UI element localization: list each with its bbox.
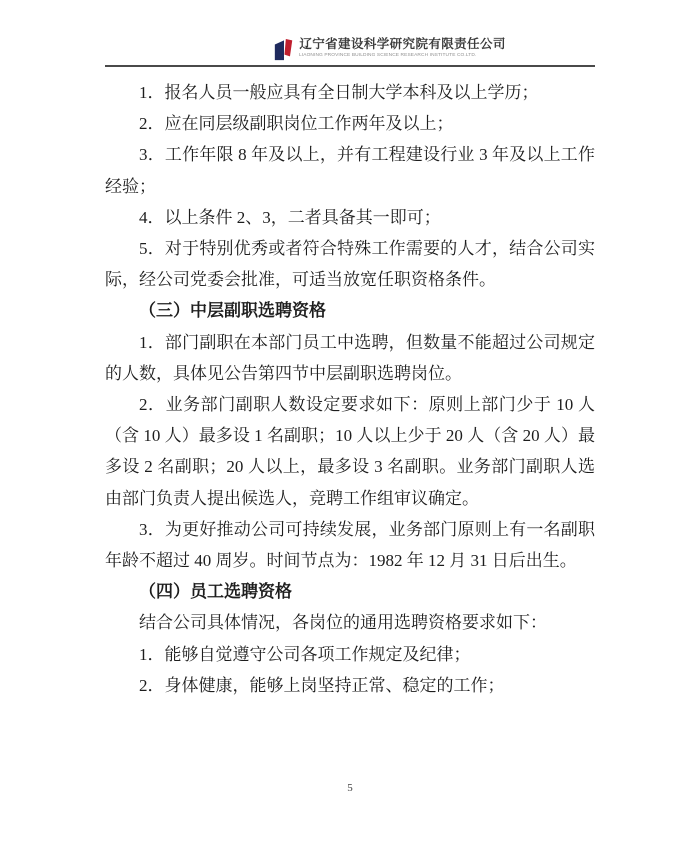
document-body: 1．报名人员一般应具有全日制大学本科及以上学历； 2．应在同层级副职岗位工作两年… <box>105 77 595 701</box>
section3-clause-2: 2．业务部门副职人数设定要求如下：原则上部门少于 10 人（含 10 人）最多设… <box>105 389 595 514</box>
company-brand: 辽宁省建设科学研究院有限责任公司 LIAONING PROVINCE BUILD… <box>273 37 595 63</box>
page-header: 辽宁省建设科学研究院有限责任公司 LIAONING PROVINCE BUILD… <box>105 0 595 68</box>
clause-1: 1．报名人员一般应具有全日制大学本科及以上学历； <box>105 77 595 108</box>
clause-4: 4．以上条件 2、3，二者具备其一即可； <box>105 202 595 233</box>
section3-clause-1: 1．部门副职在本部门员工中选聘，但数量不能超过公司规定的人数，具体见公告第四节中… <box>105 327 595 389</box>
section3-clause-3: 3．为更好推动公司可持续发展，业务部门原则上有一名副职年龄不超过 40 周岁。时… <box>105 514 595 576</box>
section-heading-4: （四）员工选聘资格 <box>105 576 595 607</box>
company-name-block: 辽宁省建设科学研究院有限责任公司 LIAONING PROVINCE BUILD… <box>299 37 595 61</box>
section-heading-3: （三）中层副职选聘资格 <box>105 295 595 326</box>
section4-intro: 结合公司具体情况，各岗位的通用选聘资格要求如下： <box>105 607 595 638</box>
company-name-zh: 辽宁省建设科学研究院有限责任公司 <box>299 37 595 52</box>
page-footer: 5 <box>0 782 700 794</box>
company-logo-icon <box>273 37 295 63</box>
header-rule-line <box>105 65 595 67</box>
page-number: 5 <box>347 782 353 794</box>
section4-clause-2: 2．身体健康，能够上岗坚持正常、稳定的工作； <box>105 670 595 701</box>
clause-3: 3．工作年限 8 年及以上，并有工程建设行业 3 年及以上工作经验； <box>105 139 595 201</box>
clause-5: 5．对于特别优秀或者符合特殊工作需要的人才，结合公司实际，经公司党委会批准，可适… <box>105 233 595 295</box>
document-page: 辽宁省建设科学研究院有限责任公司 LIAONING PROVINCE BUILD… <box>0 0 700 864</box>
company-name-en: LIAONING PROVINCE BUILDING SCIENCE RESEA… <box>299 52 476 57</box>
section4-clause-1: 1．能够自觉遵守公司各项工作规定及纪律； <box>105 639 595 670</box>
clause-2: 2．应在同层级副职岗位工作两年及以上； <box>105 108 595 139</box>
